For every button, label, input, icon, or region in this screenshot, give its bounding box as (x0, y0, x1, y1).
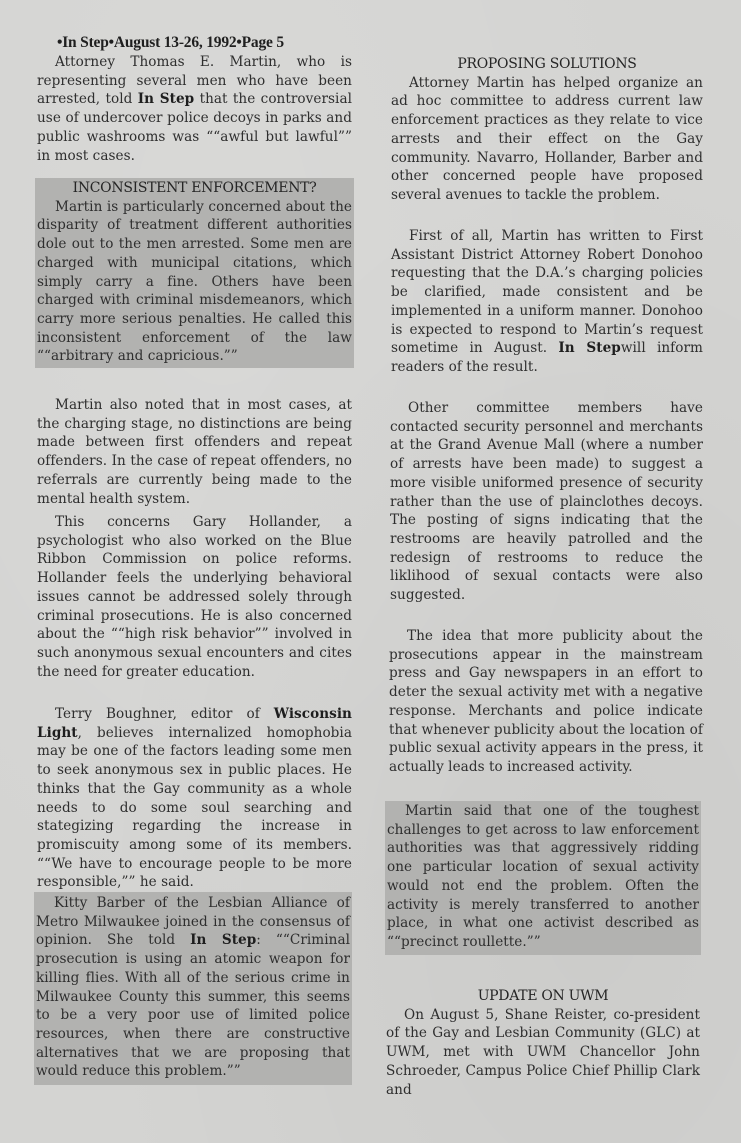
publication-name: In Step (190, 932, 256, 948)
donohoo-text: First of all, Martin has written to Firs… (391, 228, 703, 356)
publication-name: In Step (138, 91, 195, 107)
donohoo-paragraph: First of all, Martin has written to Firs… (391, 227, 703, 377)
committee-text: Attorney Martin has helped organize an a… (391, 74, 703, 205)
boughner-text: Terry Boughner, editor of (55, 706, 274, 722)
publicity-text: The idea that more publicity about the p… (389, 627, 703, 777)
section-heading-inconsistent: INCONSISTENT ENFORCEMENT? (37, 179, 352, 198)
section-heading-solutions: PROPOSING SOLUTIONS (391, 55, 703, 74)
roullette-box: Martin said that one of the toughest cha… (385, 801, 701, 955)
boughner-paragraph: Terry Boughner, editor of Wisconsin Ligh… (37, 705, 352, 892)
publication-name: In Step (558, 340, 620, 356)
roullette-text: Martin said that one of the toughest cha… (387, 802, 699, 952)
charging-text: Martin also noted that in most cases, at… (37, 396, 352, 508)
intro-paragraph: Attorney Thomas E. Martin, who is repres… (37, 53, 352, 165)
boughner-text-cont: , believes internalized homophobia may b… (37, 725, 352, 891)
section-heading-uwm: UPDATE ON UWM (386, 987, 700, 1006)
mall-text: Other committee members have contacted s… (390, 399, 703, 605)
uwm-update-section: UPDATE ON UWM On August 5, Shane Reister… (386, 987, 700, 1099)
inconsistent-enforcement-box: INCONSISTENT ENFORCEMENT? Martin is part… (35, 178, 354, 368)
inconsistent-paragraph: Martin is particularly concerned about t… (37, 198, 352, 366)
page-header: •In Step•August 13-26, 1992•Page 5 (57, 34, 284, 52)
mall-paragraph: Other committee members have contacted s… (390, 399, 703, 605)
uwm-text: On August 5, Shane Reister, co-president… (386, 1006, 700, 1100)
charging-paragraph: Martin also noted that in most cases, at… (37, 396, 352, 508)
barber-quote-box: Kitty Barber of the Lesbian Alliance of … (34, 892, 352, 1085)
hollander-text: This concerns Gary Hollander, a psycholo… (37, 513, 352, 681)
hollander-paragraph: This concerns Gary Hollander, a psycholo… (37, 513, 352, 681)
publicity-paragraph: The idea that more publicity about the p… (389, 627, 703, 777)
newspaper-page: •In Step•August 13-26, 1992•Page 5 Attor… (0, 0, 741, 1143)
barber-text-cont: : ““Criminal prosecution is using an ato… (36, 932, 350, 1079)
proposing-solutions-section: PROPOSING SOLUTIONS Attorney Martin has … (391, 55, 703, 205)
